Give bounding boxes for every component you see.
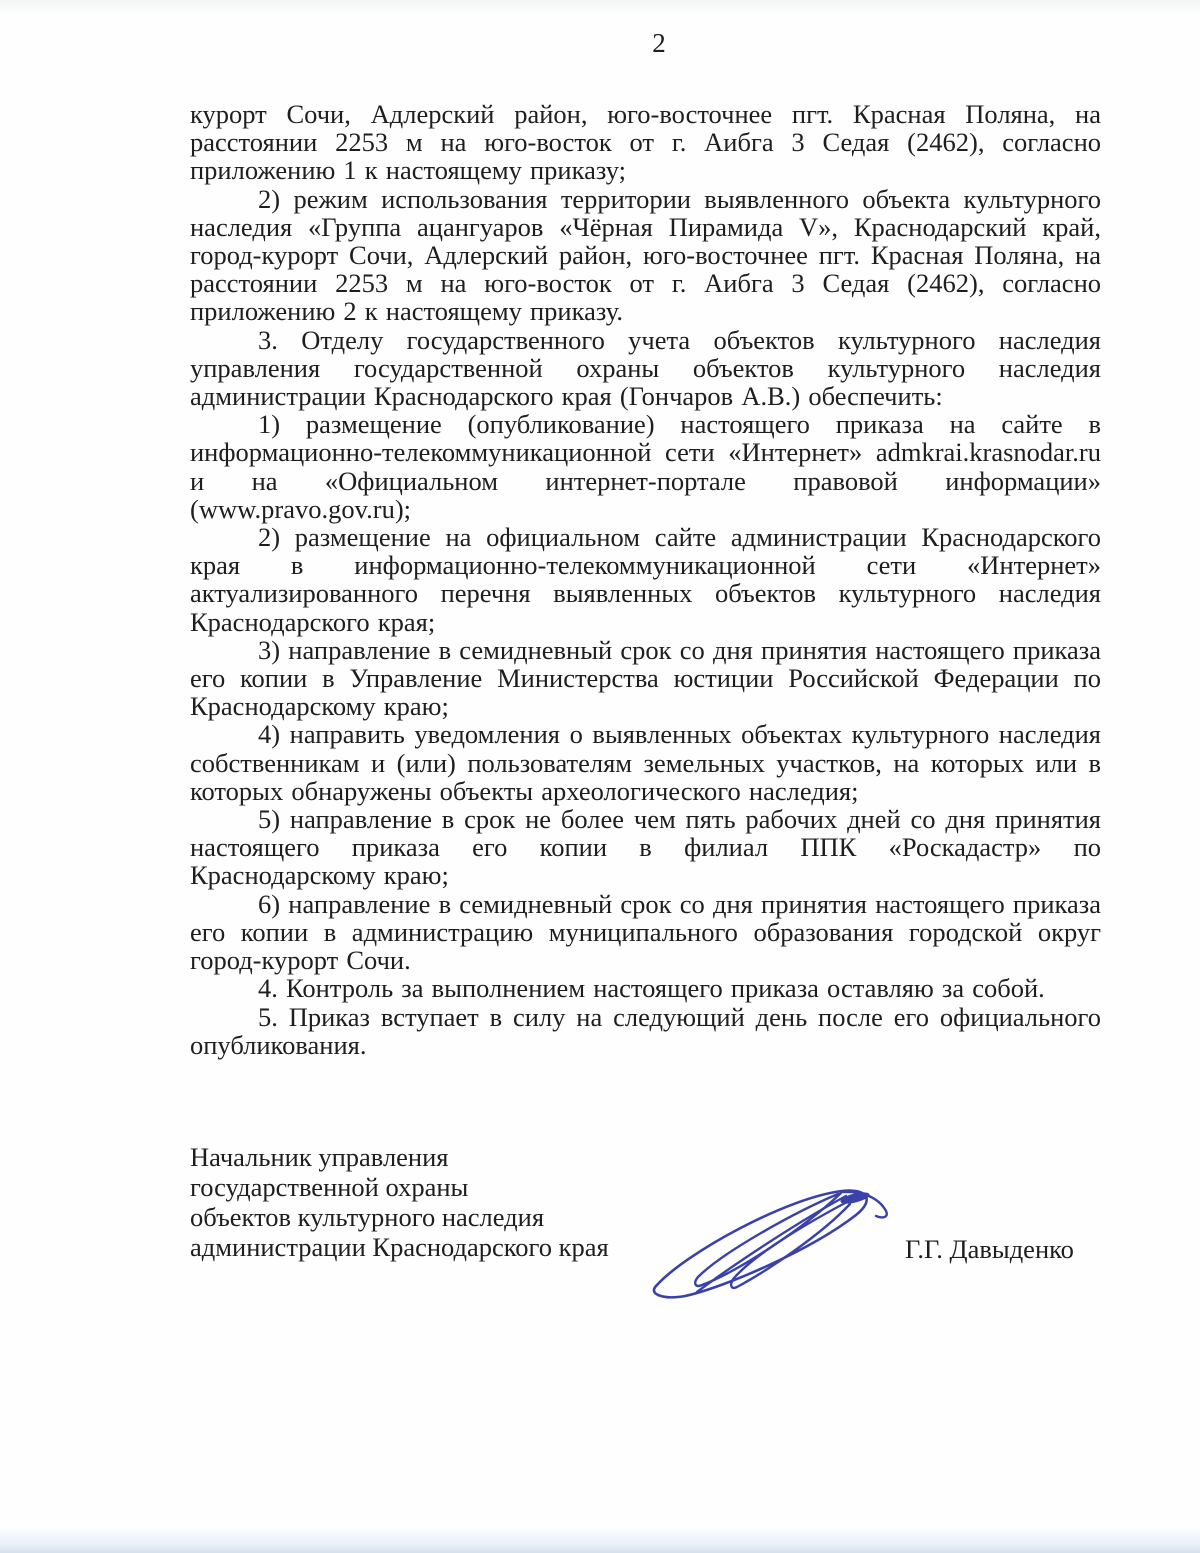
paragraph: 4. Контроль за выполнением настоящего пр…	[190, 974, 1101, 1002]
handwritten-signature	[645, 1172, 900, 1302]
scan-artifact-bottom	[0, 1527, 1200, 1553]
document-page: 2 курорт Сочи, Адлерский район, юго-вост…	[0, 0, 1200, 1553]
paragraph: 1) размещение (опубликование) настоящего…	[190, 410, 1101, 523]
scan-artifact-top	[0, 0, 1200, 14]
paragraph: 5) направление в срок не более чем пять …	[190, 805, 1101, 890]
paragraph: 6) направление в семидневный срок со дня…	[190, 890, 1101, 975]
paragraph: 3. Отделу государственного учета объекто…	[190, 326, 1101, 411]
signer-name: Г.Г. Давыденко	[905, 1234, 1105, 1265]
document-body: курорт Сочи, Адлерский район, юго-восточ…	[190, 100, 1101, 1059]
paragraph: 5. Приказ вступает в силу на следующий д…	[190, 1003, 1101, 1059]
paragraph: 2) режим использования территории выявле…	[190, 185, 1101, 326]
paragraph: 2) размещение на официальном сайте админ…	[190, 523, 1101, 636]
page-number: 2	[204, 28, 1115, 59]
paragraph: курорт Сочи, Адлерский район, юго-восточ…	[190, 100, 1101, 185]
paragraph: 3) направление в семидневный срок со дня…	[190, 636, 1101, 721]
paragraph: 4) направить уведомления о выявленных об…	[190, 720, 1101, 805]
signatory-title-line: Начальник управления	[190, 1142, 750, 1172]
